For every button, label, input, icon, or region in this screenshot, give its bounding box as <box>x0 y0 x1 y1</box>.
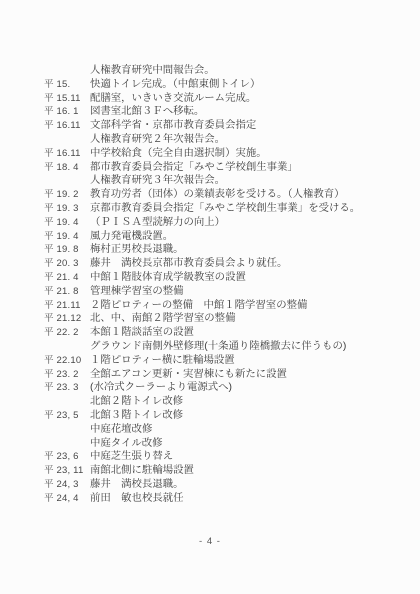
entry-date: 平 19. 2 <box>44 186 90 200</box>
list-item: 北館２階トイレ改修 <box>44 392 394 406</box>
entry-date: 平 23. 2 <box>44 366 90 380</box>
entry-text: 北館２階トイレ改修 <box>90 392 183 407</box>
entry-date: 平 20. 3 <box>44 255 90 269</box>
list-item: 平 23. 3(水冷式クーラーより電源式へ) <box>44 378 394 392</box>
entry-text: 中庭芝生張り替え <box>90 447 173 462</box>
list-item: 平 21. 4中館１階肢体育成学級教室の設置 <box>44 268 394 282</box>
entry-text: 中庭タイル改修 <box>90 434 163 449</box>
entry-date: 平 22.10 <box>44 352 90 366</box>
list-item: 平 15.11配膳室，いきいき交流ルーム完成。 <box>44 89 394 103</box>
entry-text: 風力発電機設置。 <box>90 227 173 242</box>
entry-date: 平 24, 4 <box>44 490 90 504</box>
list-item: 平 16.11中学校給食（完全自由選択制）実施。 <box>44 144 394 158</box>
entry-text: 前田 敏也校長就任 <box>90 489 184 504</box>
entry-date: 平 18. 4 <box>44 159 90 173</box>
entry-text: 北、中、南館２階学習室の整備 <box>90 309 235 324</box>
entry-text: 本館１階談話室の設置 <box>90 323 194 338</box>
list-item: 平 16. 1図書室北館３Ｆへ移転。 <box>44 102 394 116</box>
list-item: 平 16.11文部科学省・京都市教育委員会指定 <box>44 116 394 130</box>
list-item: 平 19. 4風力発電機設置。 <box>44 227 394 241</box>
entry-date: 平 15. <box>44 76 90 90</box>
entry-text: 配膳室，いきいき交流ルーム完成。 <box>90 89 256 104</box>
entry-text: （ＰＩＳＡ型読解力の向上） <box>90 213 225 228</box>
entry-text: 全館エアコン更新・実習棟にも新たに設置 <box>90 365 287 380</box>
entry-date: 平 23, 5 <box>44 407 90 421</box>
list-item: 平 19. 4（ＰＩＳＡ型読解力の向上） <box>44 213 394 227</box>
entry-date: 平 21. 8 <box>44 283 90 297</box>
entry-date: 平 19. 4 <box>44 214 90 228</box>
entry-text: 中庭花壇改修 <box>90 420 152 435</box>
list-item: 中庭花壇改修 <box>44 420 394 434</box>
list-item: 人権教育研究２年次報告会。 <box>44 130 394 144</box>
list-item: 平 21.11２階ピロティーの整備 中館１階学習室の整備 <box>44 296 394 310</box>
entry-date: 平 19. 4 <box>44 228 90 242</box>
entry-date: 平 23. 3 <box>44 379 90 393</box>
list-item: 平 24, 4前田 敏也校長就任 <box>44 489 394 503</box>
list-item: 平 19. 2教育功労者（団体）の業績表彰を受ける。（人権教育） <box>44 185 394 199</box>
list-item: 人権教育研究３年次報告会。 <box>44 171 394 185</box>
history-list: 人権教育研究中間報告会。平 15.快適トイレ完成。（中館東側トイレ）平 15.1… <box>44 61 394 503</box>
entry-date: 平 19. 8 <box>44 241 90 255</box>
list-item: 平 15.快適トイレ完成。（中館東側トイレ） <box>44 75 394 89</box>
entry-date: 平 21. 4 <box>44 269 90 283</box>
entry-text: 南館北側に駐輪場設置 <box>90 461 194 476</box>
list-item: 中庭タイル改修 <box>44 434 394 448</box>
list-item: 平 20. 3藤井 満校長京都市教育委員会より就任。 <box>44 254 394 268</box>
document-page: 人権教育研究中間報告会。平 15.快適トイレ完成。（中館東側トイレ）平 15.1… <box>0 0 420 594</box>
entry-date: 平 23, 6 <box>44 448 90 462</box>
list-item: 平 19. 8梅村正男校長退職。 <box>44 240 394 254</box>
entry-text: 京都市教育委員会指定「みやこ学校創生事業」を受ける。 <box>90 199 360 214</box>
list-item: 平 21. 8管理棟学習室の整備 <box>44 282 394 296</box>
list-item: 平 23, 5北館３階トイレ改修 <box>44 406 394 420</box>
entry-date: 平 16.11 <box>44 145 90 159</box>
entry-date: 平 19. 3 <box>44 200 90 214</box>
entry-date: 平 22. 2 <box>44 324 90 338</box>
entry-date: 平 21.11 <box>44 297 90 311</box>
list-item: 平 18. 4都市教育委員会指定「みやこ学校創生事業」 <box>44 158 394 172</box>
entry-date: 平 16.11 <box>44 117 90 131</box>
list-item: 平 23. 2全館エアコン更新・実習棟にも新たに設置 <box>44 365 394 379</box>
entry-text: 中館１階肢体育成学級教室の設置 <box>90 268 246 283</box>
list-item: 平 22.10１階ピロティー横に駐輪場設置 <box>44 351 394 365</box>
entry-text: 人権教育研究３年次報告会。 <box>90 171 225 186</box>
entry-text: 教育功労者（団体）の業績表彰を受ける。（人権教育） <box>90 185 345 200</box>
list-item: 平 24, 3藤井 満校長退職。 <box>44 475 394 489</box>
entry-text: 図書室北館３Ｆへ移転。 <box>90 102 204 117</box>
entry-text: 藤井 満校長退職。 <box>90 475 184 490</box>
entry-text: １階ピロティー横に駐輪場設置 <box>90 351 235 366</box>
entry-text: 都市教育委員会指定「みやこ学校創生事業」 <box>90 158 298 173</box>
list-item: 平 21.12北、中、南館２階学習室の整備 <box>44 309 394 323</box>
entry-text: 人権教育研究２年次報告会。 <box>90 130 225 145</box>
page-number: - 4 - <box>0 536 420 547</box>
entry-text: グラウンド南側外壁修理(十条通り陸橋撤去に伴うもの) <box>90 337 346 352</box>
entry-text: 藤井 満校長京都市教育委員会より就任。 <box>90 254 287 269</box>
list-item: 平 23, 6中庭芝生張り替え <box>44 447 394 461</box>
entry-text: ２階ピロティーの整備 中館１階学習室の整備 <box>90 296 307 311</box>
list-item: 人権教育研究中間報告会。 <box>44 61 394 75</box>
list-item: 平 23, 11南館北側に駐輪場設置 <box>44 461 394 475</box>
entry-date: 平 21.12 <box>44 310 90 324</box>
list-item: グラウンド南側外壁修理(十条通り陸橋撤去に伴うもの) <box>44 337 394 351</box>
entry-text: 梅村正男校長退職。 <box>90 240 184 255</box>
entry-date: 平 16. 1 <box>44 103 90 117</box>
entry-date: 平 15.11 <box>44 90 90 104</box>
entry-text: 管理棟学習室の整備 <box>90 282 184 297</box>
list-item: 平 19. 3京都市教育委員会指定「みやこ学校創生事業」を受ける。 <box>44 199 394 213</box>
entry-date: 平 23, 11 <box>44 462 90 476</box>
list-item: 平 22. 2本館１階談話室の設置 <box>44 323 394 337</box>
entry-date: 平 24, 3 <box>44 476 90 490</box>
entry-text: (水冷式クーラーより電源式へ) <box>90 378 232 393</box>
entry-text: 文部科学省・京都市教育委員会指定 <box>90 116 256 131</box>
entry-text: 人権教育研究中間報告会。 <box>90 61 215 76</box>
entry-text: 快適トイレ完成。（中館東側トイレ） <box>90 75 260 90</box>
entry-text: 中学校給食（完全自由選択制）実施。 <box>90 144 267 159</box>
entry-text: 北館３階トイレ改修 <box>90 406 183 421</box>
